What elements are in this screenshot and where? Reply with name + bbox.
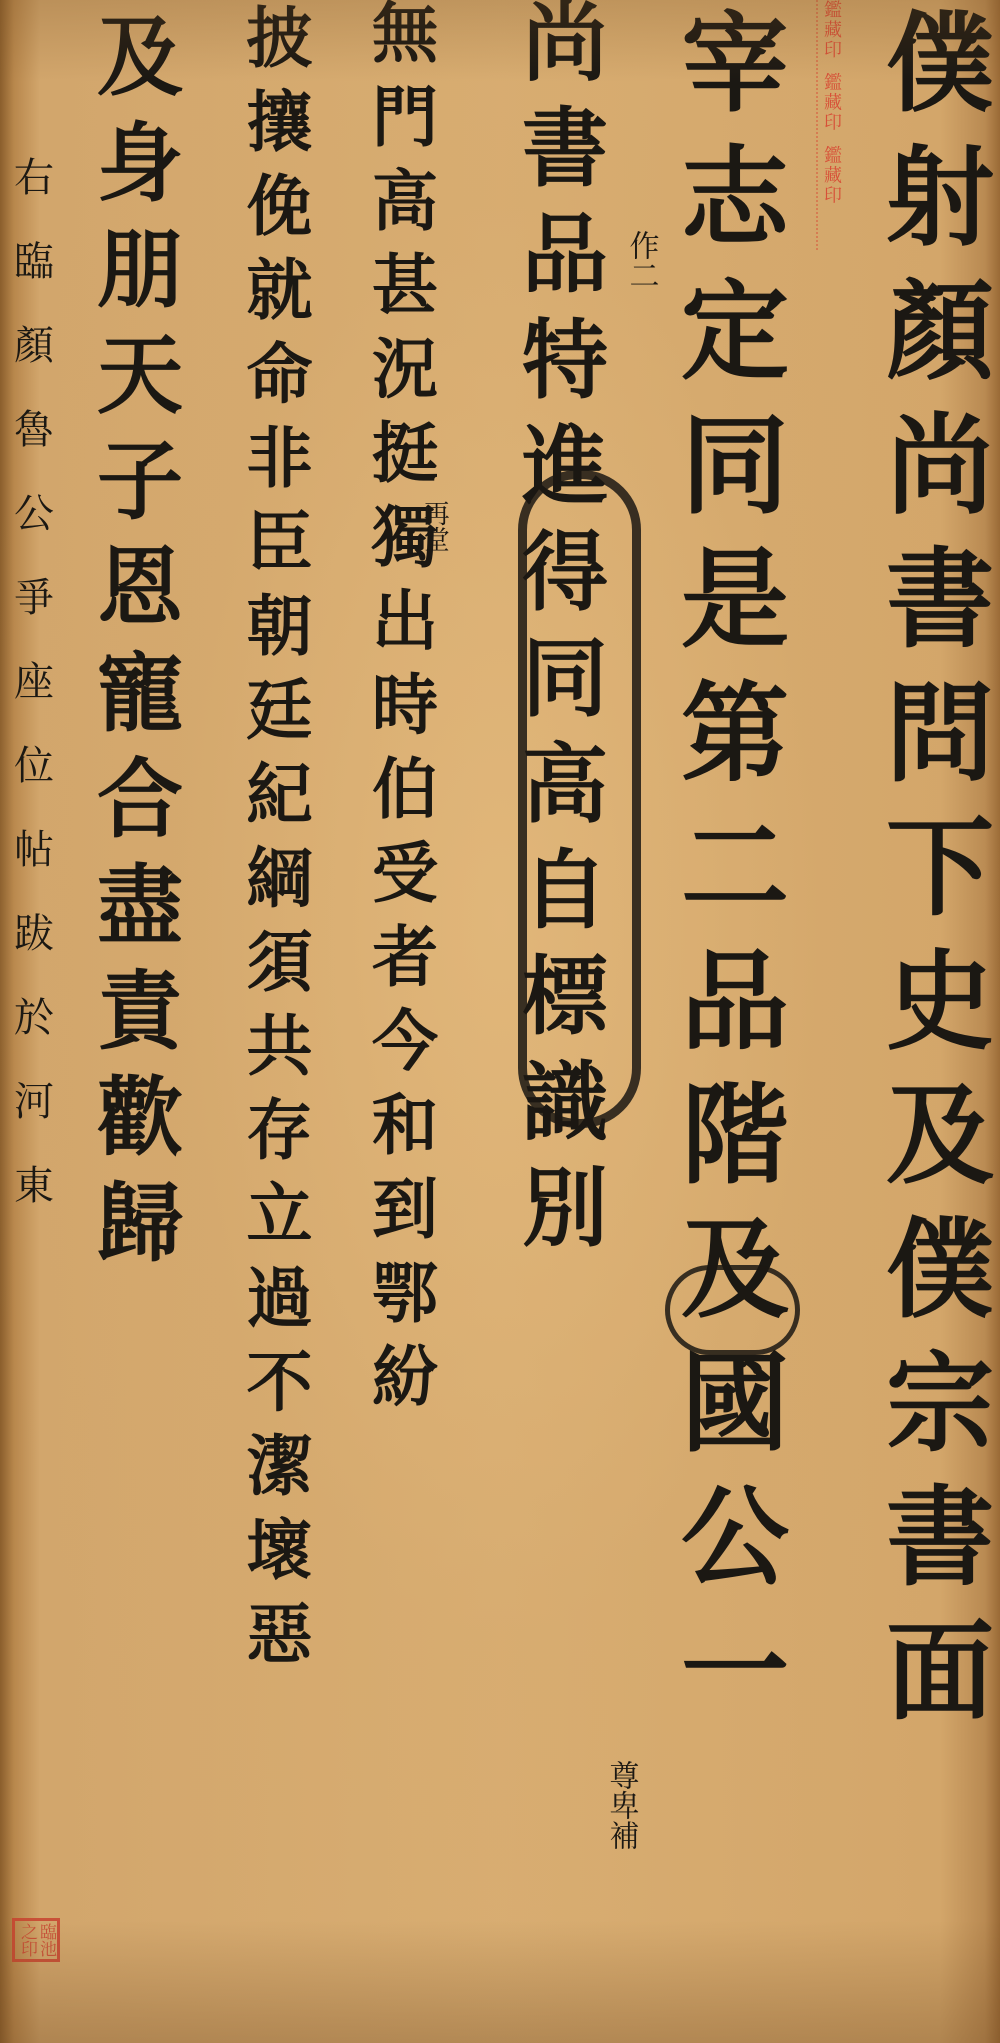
character: 朋 xyxy=(97,227,183,313)
character: 品 xyxy=(681,948,789,1056)
character: 不 xyxy=(247,1349,313,1415)
colophon-character: 爭 xyxy=(14,578,54,618)
character: 過 xyxy=(247,1265,313,1331)
character: 二 xyxy=(681,814,789,922)
character: 存 xyxy=(247,1097,313,1163)
character: 書 xyxy=(886,1484,994,1592)
character: 僕 xyxy=(886,10,994,118)
character: 立 xyxy=(247,1181,313,1247)
colophon-character: 臨 xyxy=(14,242,54,282)
character: 今 xyxy=(372,1008,438,1074)
colophon-character: 顏 xyxy=(14,326,54,366)
colophon-character: 魯 xyxy=(14,410,54,450)
character: 品 xyxy=(522,212,608,298)
character: 出 xyxy=(372,588,438,654)
character: 攘 xyxy=(247,89,313,155)
character: 及 xyxy=(886,1082,994,1190)
text-column-1: 僕 射 顏 尚 書 問 下 史 及 僕 宗 書 面 xyxy=(880,10,1000,1752)
character: 鄂 xyxy=(372,1260,438,1326)
character: 就 xyxy=(247,257,313,323)
collector-seal-strip: 鑑藏印 鑑藏印 鑑藏印 xyxy=(816,0,844,250)
character: 宗 xyxy=(886,1350,994,1458)
text-column-5: 披 攘 俛 就 命 非 臣 朝 廷 紀 綱 須 共 存 立 過 不 潔 壞 惡 xyxy=(222,5,337,1685)
character: 高 xyxy=(372,168,438,234)
character: 綱 xyxy=(247,845,313,911)
character: 挺 xyxy=(372,420,438,486)
character: 問 xyxy=(886,680,994,788)
colophon-character: 帖 xyxy=(14,830,54,870)
character: 無 xyxy=(372,0,438,66)
character: 公 xyxy=(681,1484,789,1592)
colophon-column: 右 臨 顏 魯 公 爭 座 位 帖 跋 於 河 東 xyxy=(4,158,64,1250)
character: 尚 xyxy=(886,412,994,520)
character: 僕 xyxy=(886,1216,994,1324)
colophon-character: 右 xyxy=(14,158,54,198)
character: 歸 xyxy=(97,1181,183,1267)
character: 第 xyxy=(681,680,789,788)
character: 及 xyxy=(97,15,183,101)
ink-oval-mark xyxy=(665,1265,800,1355)
bottom-annotation: 尊卑補 xyxy=(605,1760,637,1850)
character: 門 xyxy=(372,84,438,150)
character: 合 xyxy=(97,757,183,843)
character: 廷 xyxy=(247,677,313,743)
character: 子 xyxy=(97,439,183,525)
character: 臣 xyxy=(247,509,313,575)
character: 者 xyxy=(372,924,438,990)
character: 責 xyxy=(97,969,183,1055)
character: 俛 xyxy=(247,173,313,239)
colophon-character: 位 xyxy=(14,746,54,786)
colophon-character: 公 xyxy=(14,494,54,534)
character: 受 xyxy=(372,840,438,906)
character: 身 xyxy=(97,121,183,207)
colophon-character: 座 xyxy=(14,662,54,702)
character: 非 xyxy=(247,425,313,491)
character: 時 xyxy=(372,672,438,738)
character: 下 xyxy=(886,814,994,922)
character: 同 xyxy=(681,412,789,520)
character: 射 xyxy=(886,144,994,252)
character: 和 xyxy=(372,1092,438,1158)
character: 披 xyxy=(247,5,313,71)
character: 況 xyxy=(372,336,438,402)
character: 盡 xyxy=(97,863,183,949)
character: 惡 xyxy=(247,1601,313,1667)
character: 到 xyxy=(372,1176,438,1242)
character: 書 xyxy=(522,106,608,192)
character: 面 xyxy=(886,1618,994,1726)
character: 國 xyxy=(681,1350,789,1458)
character: 是 xyxy=(681,546,789,654)
character: 宰 xyxy=(681,10,789,118)
character: 一 xyxy=(681,1618,789,1726)
character: 志 xyxy=(681,144,789,252)
character: 甚 xyxy=(372,252,438,318)
character: 恩 xyxy=(97,545,183,631)
character: 定 xyxy=(681,278,789,386)
character: 紀 xyxy=(247,761,313,827)
ink-oval-mark xyxy=(518,470,641,1128)
character: 史 xyxy=(886,948,994,1056)
character: 歡 xyxy=(97,1075,183,1161)
colophon-character: 於 xyxy=(14,998,54,1038)
character: 須 xyxy=(247,929,313,995)
character: 伯 xyxy=(372,756,438,822)
text-column-4: 無 門 高 甚 況 挺 獨 出 時 伯 受 者 今 和 到 鄂 紛 xyxy=(345,0,465,1428)
character: 命 xyxy=(247,341,313,407)
character: 共 xyxy=(247,1013,313,1079)
colophon-character: 河 xyxy=(14,1082,54,1122)
colophon-character: 東 xyxy=(14,1166,54,1206)
character: 朝 xyxy=(247,593,313,659)
character: 別 xyxy=(522,1166,608,1252)
text-column-6: 及 身 朋 天 子 恩 寵 合 盡 責 歡 歸 xyxy=(70,15,210,1287)
colophon-character: 跋 xyxy=(14,914,54,954)
artist-seal: 臨池之印 xyxy=(12,1918,60,1962)
character: 書 xyxy=(886,546,994,654)
side-annotation: 再堂 xyxy=(420,500,447,552)
character: 特 xyxy=(522,318,608,404)
text-column-2: 宰 志 定 同 是 第 二 品 階 及 國 公 一 xyxy=(660,10,810,1752)
character: 顏 xyxy=(886,278,994,386)
character: 寵 xyxy=(97,651,183,737)
character: 壞 xyxy=(247,1517,313,1583)
character: 潔 xyxy=(247,1433,313,1499)
character: 階 xyxy=(681,1082,789,1190)
character: 天 xyxy=(97,333,183,419)
character: 紛 xyxy=(372,1344,438,1410)
character: 尚 xyxy=(522,0,608,86)
calligraphy-scroll: 鑑藏印 鑑藏印 鑑藏印 僕 射 顏 尚 書 問 下 史 及 僕 宗 書 面 宰 … xyxy=(0,0,1000,2043)
